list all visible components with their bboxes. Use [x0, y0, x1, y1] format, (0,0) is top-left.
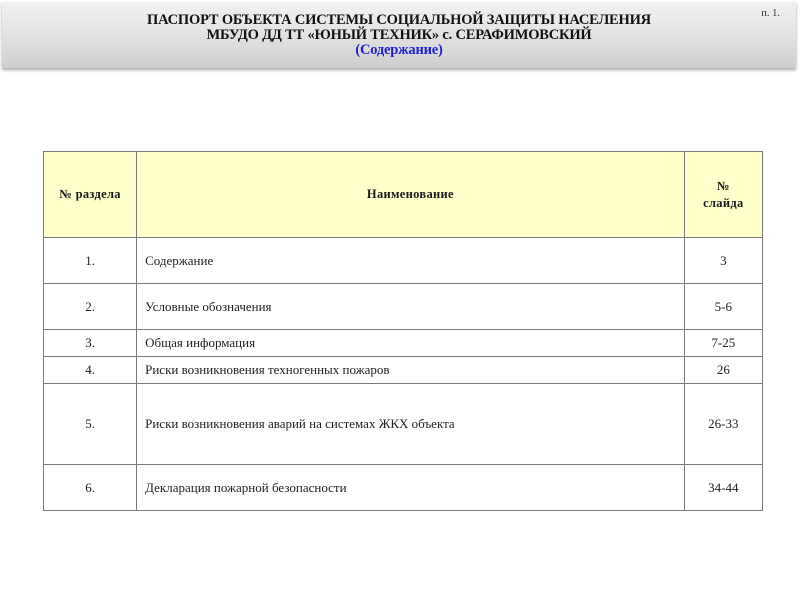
cell-section-number: 5. [44, 384, 137, 465]
cell-slide-number: 34-44 [684, 465, 762, 511]
table-row: 3. Общая информация 7-25 [44, 330, 763, 357]
slide: ПАСПОРТ ОБЪЕКТА СИСТЕМЫ СОЦИАЛЬНОЙ ЗАЩИТ… [0, 0, 800, 600]
table-row: 4. Риски возникновения техногенных пожар… [44, 357, 763, 384]
cell-section-number: 6. [44, 465, 137, 511]
cell-name: Условные обозначения [137, 284, 685, 330]
cell-slide-number: 7-25 [684, 330, 762, 357]
table-header-row: № раздела Наименование № слайда [44, 152, 763, 238]
contents-table: № раздела Наименование № слайда 1. Содер… [43, 151, 763, 511]
cell-name: Риски возникновения техногенных пожаров [137, 357, 685, 384]
column-header-name: Наименование [137, 152, 685, 238]
table-row: 1. Содержание 3 [44, 238, 763, 284]
title-line-2: МБУДО ДД ТТ «ЮНЫЙ ТЕХНИК» с. СЕРАФИМОВСК… [2, 28, 796, 43]
title-banner: ПАСПОРТ ОБЪЕКТА СИСТЕМЫ СОЦИАЛЬНОЙ ЗАЩИТ… [2, 2, 796, 68]
cell-name: Риски возникновения аварий на системах Ж… [137, 384, 685, 465]
subtitle: (Содержание) [2, 43, 796, 58]
cell-name: Декларация пожарной безопасности [137, 465, 685, 511]
cell-section-number: 1. [44, 238, 137, 284]
cell-slide-number: 3 [684, 238, 762, 284]
title-line-1: ПАСПОРТ ОБЪЕКТА СИСТЕМЫ СОЦИАЛЬНОЙ ЗАЩИТ… [2, 2, 796, 28]
page-marker: п. 1. [761, 8, 780, 19]
cell-slide-number: 5-6 [684, 284, 762, 330]
table-row: 2. Условные обозначения 5-6 [44, 284, 763, 330]
cell-slide-number: 26-33 [684, 384, 762, 465]
cell-section-number: 2. [44, 284, 137, 330]
cell-name: Общая информация [137, 330, 685, 357]
column-header-section-number: № раздела [44, 152, 137, 238]
column-header-slide-number-line2: слайда [685, 195, 762, 212]
table-row: 5. Риски возникновения аварий на система… [44, 384, 763, 465]
cell-section-number: 3. [44, 330, 137, 357]
column-header-slide-number-line1: № [685, 178, 762, 195]
table-row: 6. Декларация пожарной безопасности 34-4… [44, 465, 763, 511]
cell-name: Содержание [137, 238, 685, 284]
column-header-slide-number: № слайда [684, 152, 762, 238]
cell-section-number: 4. [44, 357, 137, 384]
cell-slide-number: 26 [684, 357, 762, 384]
